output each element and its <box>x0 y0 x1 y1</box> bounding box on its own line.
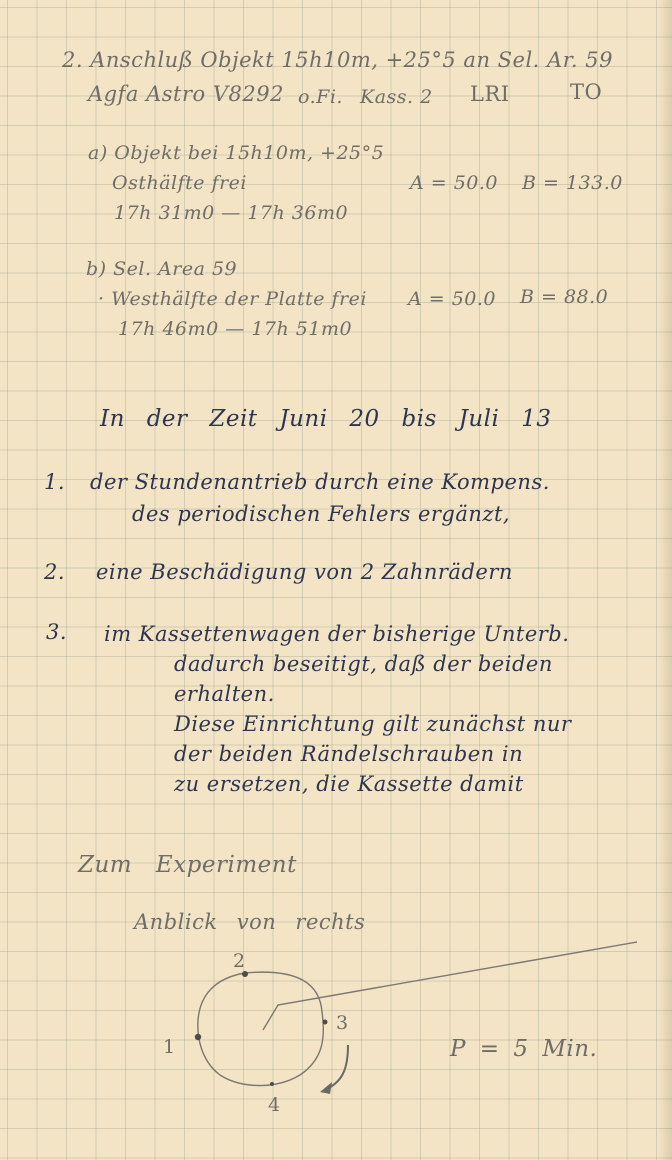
diagram-label-2: 2 <box>233 950 246 972</box>
diagram-label-4: 4 <box>268 1094 281 1116</box>
pointer-line <box>263 942 637 1030</box>
period-value: P = 5 Min. <box>450 1036 597 1062</box>
diagram-circle <box>198 972 324 1085</box>
rotation-arrow <box>325 1045 348 1090</box>
rotation-diagram <box>0 0 672 1160</box>
rotation-arrowhead-icon <box>320 1082 332 1094</box>
graph-paper-page: 2. Anschluß Objekt 15h10m, +25°5 an Sel.… <box>0 0 672 1160</box>
diagram-label-1: 1 <box>163 1036 176 1058</box>
diagram-label-3: 3 <box>336 1012 349 1034</box>
